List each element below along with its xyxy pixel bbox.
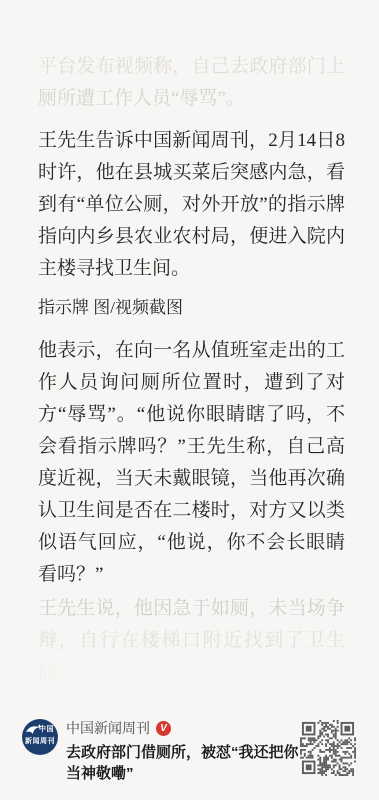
para-2: 他表示，在向一名从值班室走出的工作人员询问厕所位置时，遭到了对方“辱骂”。“他说… [38,335,345,591]
text-line: 主楼寻找卫生间。 [38,253,345,285]
article-share-card[interactable]: 平台发布视频称，自己去政府部门上厕所遭工作人员“辱骂”。王先生告诉中国新闻周刊，… [0,0,379,800]
text-line: 王先生说，他因急于如厕，未当场争 [38,593,345,625]
text-line: 指向内乡县农业农村局，便进入院内 [38,221,345,253]
para-1: 王先生告诉中国新闻周刊，2月14日8时许，他在县城买菜后突感内急，看到有“单位公… [38,125,345,285]
title-line: 当神敬嘞” [66,763,304,784]
article-body: 平台发布视频称，自己去政府部门上厕所遭工作人员“辱骂”。王先生告诉中国新闻周刊，… [38,0,345,689]
text-line: 间。 [38,657,345,689]
account-name-row: 中国新闻周刊 V [66,720,306,737]
account-name: 中国新闻周刊 [66,720,150,737]
text-line: 会看指示牌吗？”王先生称，自己高 [38,431,345,463]
text-line: 时许，他在县城买菜后突感内急，看 [38,157,345,189]
image-caption: 指示牌 图/视频截图 [38,293,345,323]
text-line: 王先生告诉中国新闻周刊，2月14日8 [38,125,345,157]
text-line: 度近视，当天未戴眼镜，当他再次确 [38,463,345,495]
text-line: 指示牌 图/视频截图 [38,293,345,323]
title-line: 去政府部门借厕所，被怼“我还把你 [66,742,304,763]
text-line: 看吗？” [38,559,345,591]
qr-code[interactable] [300,720,356,776]
para-3-faded: 王先生说，他因急于如厕，未当场争辩，自行在楼梯口附近找到了卫生间。 [38,593,345,689]
text-line: 认卫生间是否在二楼时，对方又以类 [38,495,345,527]
text-line: 似语气回应，“他说，你不会长眼睛 [38,527,345,559]
lede-faded: 平台发布视频称，自己去政府部门上厕所遭工作人员“辱骂”。 [38,51,345,115]
logo-text-top: 中国 [39,726,54,734]
logo-text-bottom: 新闻周刊 [22,738,58,746]
text-line: 方“辱骂”。“他说你眼睛瞎了吗，不 [38,399,345,431]
verified-badge-icon: V [156,721,171,736]
text-line: 厕所遭工作人员“辱骂”。 [38,83,345,115]
footer-article-title: 去政府部门借厕所，被怼“我还把你当神敬嘞” [66,742,304,784]
text-line: 辩，自行在楼梯口附近找到了卫生 [38,625,345,657]
text-line: 平台发布视频称，自己去政府部门上 [38,51,345,83]
qr-pattern [300,720,356,776]
share-footer: 中国 新闻周刊 中国新闻周刊 V 去政府部门借厕所，被怼“我还把你当神敬嘞” [0,719,379,781]
footer-info: 中国新闻周刊 V 去政府部门借厕所，被怼“我还把你当神敬嘞” [66,720,306,784]
text-line: 作人员询问厕所位置时，遭到了对 [38,367,345,399]
text-line: 到有“单位公厕，对外开放”的指示牌 [38,189,345,221]
text-line: 他表示，在向一名从值班室走出的工 [38,335,345,367]
magazine-logo: 中国 新闻周刊 [22,719,58,755]
